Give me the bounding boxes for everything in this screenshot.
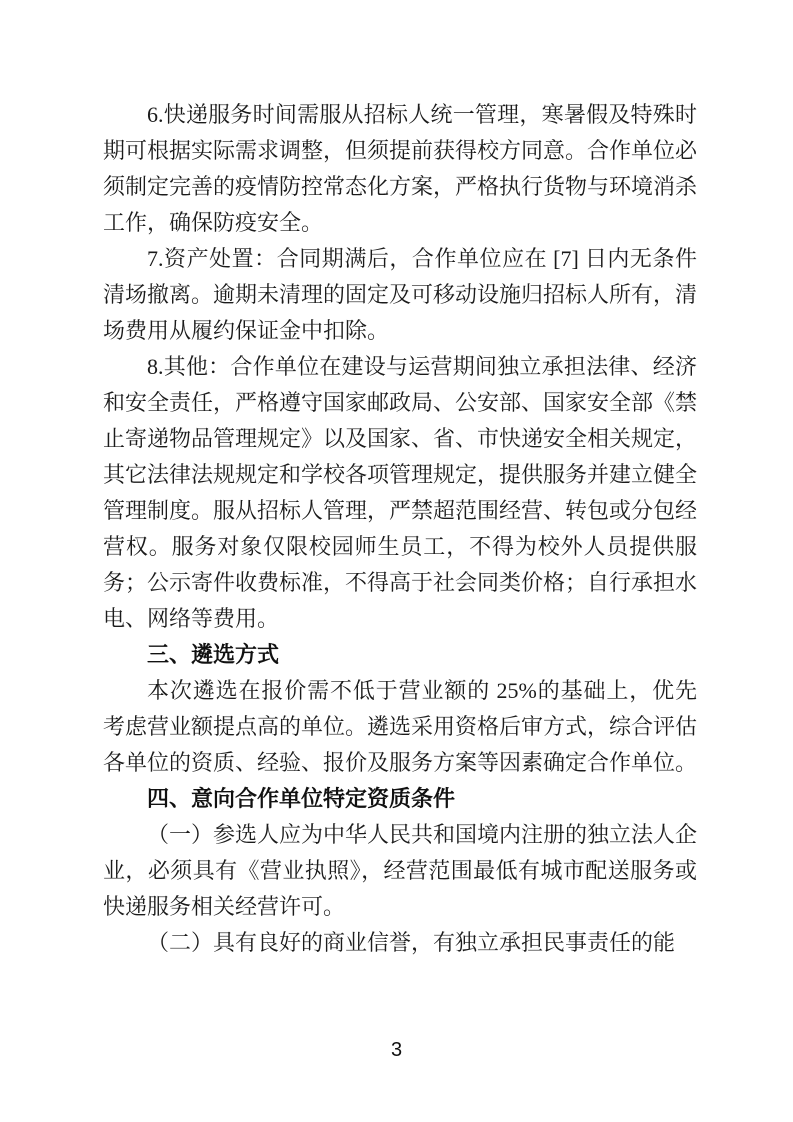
paragraph-item-6-service-hours: 6.快递服务时间需服从招标人统一管理，寒暑假及特殊时期可根据实际需求调整，但须提… (103, 97, 697, 241)
paragraph-selection-method: 本次遴选在报价需不低于营业额的 25%的基础上，优先考虑营业额提点高的单位。遴选… (103, 673, 697, 781)
document-page: 6.快递服务时间需服从招标人统一管理，寒暑假及特殊时期可根据实际需求调整，但须提… (0, 0, 793, 1122)
document-body: 6.快递服务时间需服从招标人统一管理，寒暑假及特殊时期可根据实际需求调整，但须提… (103, 97, 697, 961)
paragraph-item-8-other: 8.其他：合作单位在建设与运营期间独立承担法律、经济和安全责任，严格遵守国家邮政… (103, 349, 697, 637)
section-heading-selection-method: 三、遴选方式 (103, 637, 697, 673)
paragraph-qualification-2: （二）具有良好的商业信誉，有独立承担民事责任的能 (103, 925, 697, 961)
paragraph-item-7-asset-disposal: 7.资产处置：合同期满后，合作单位应在 [7] 日内无条件清场撤离。逾期未清理的… (103, 241, 697, 349)
section-heading-qualification-requirements: 四、意向合作单位特定资质条件 (103, 781, 697, 817)
paragraph-qualification-1: （一）参选人应为中华人民共和国境内注册的独立法人企业，必须具有《营业执照》，经营… (103, 817, 697, 925)
page-number: 3 (0, 1038, 793, 1062)
